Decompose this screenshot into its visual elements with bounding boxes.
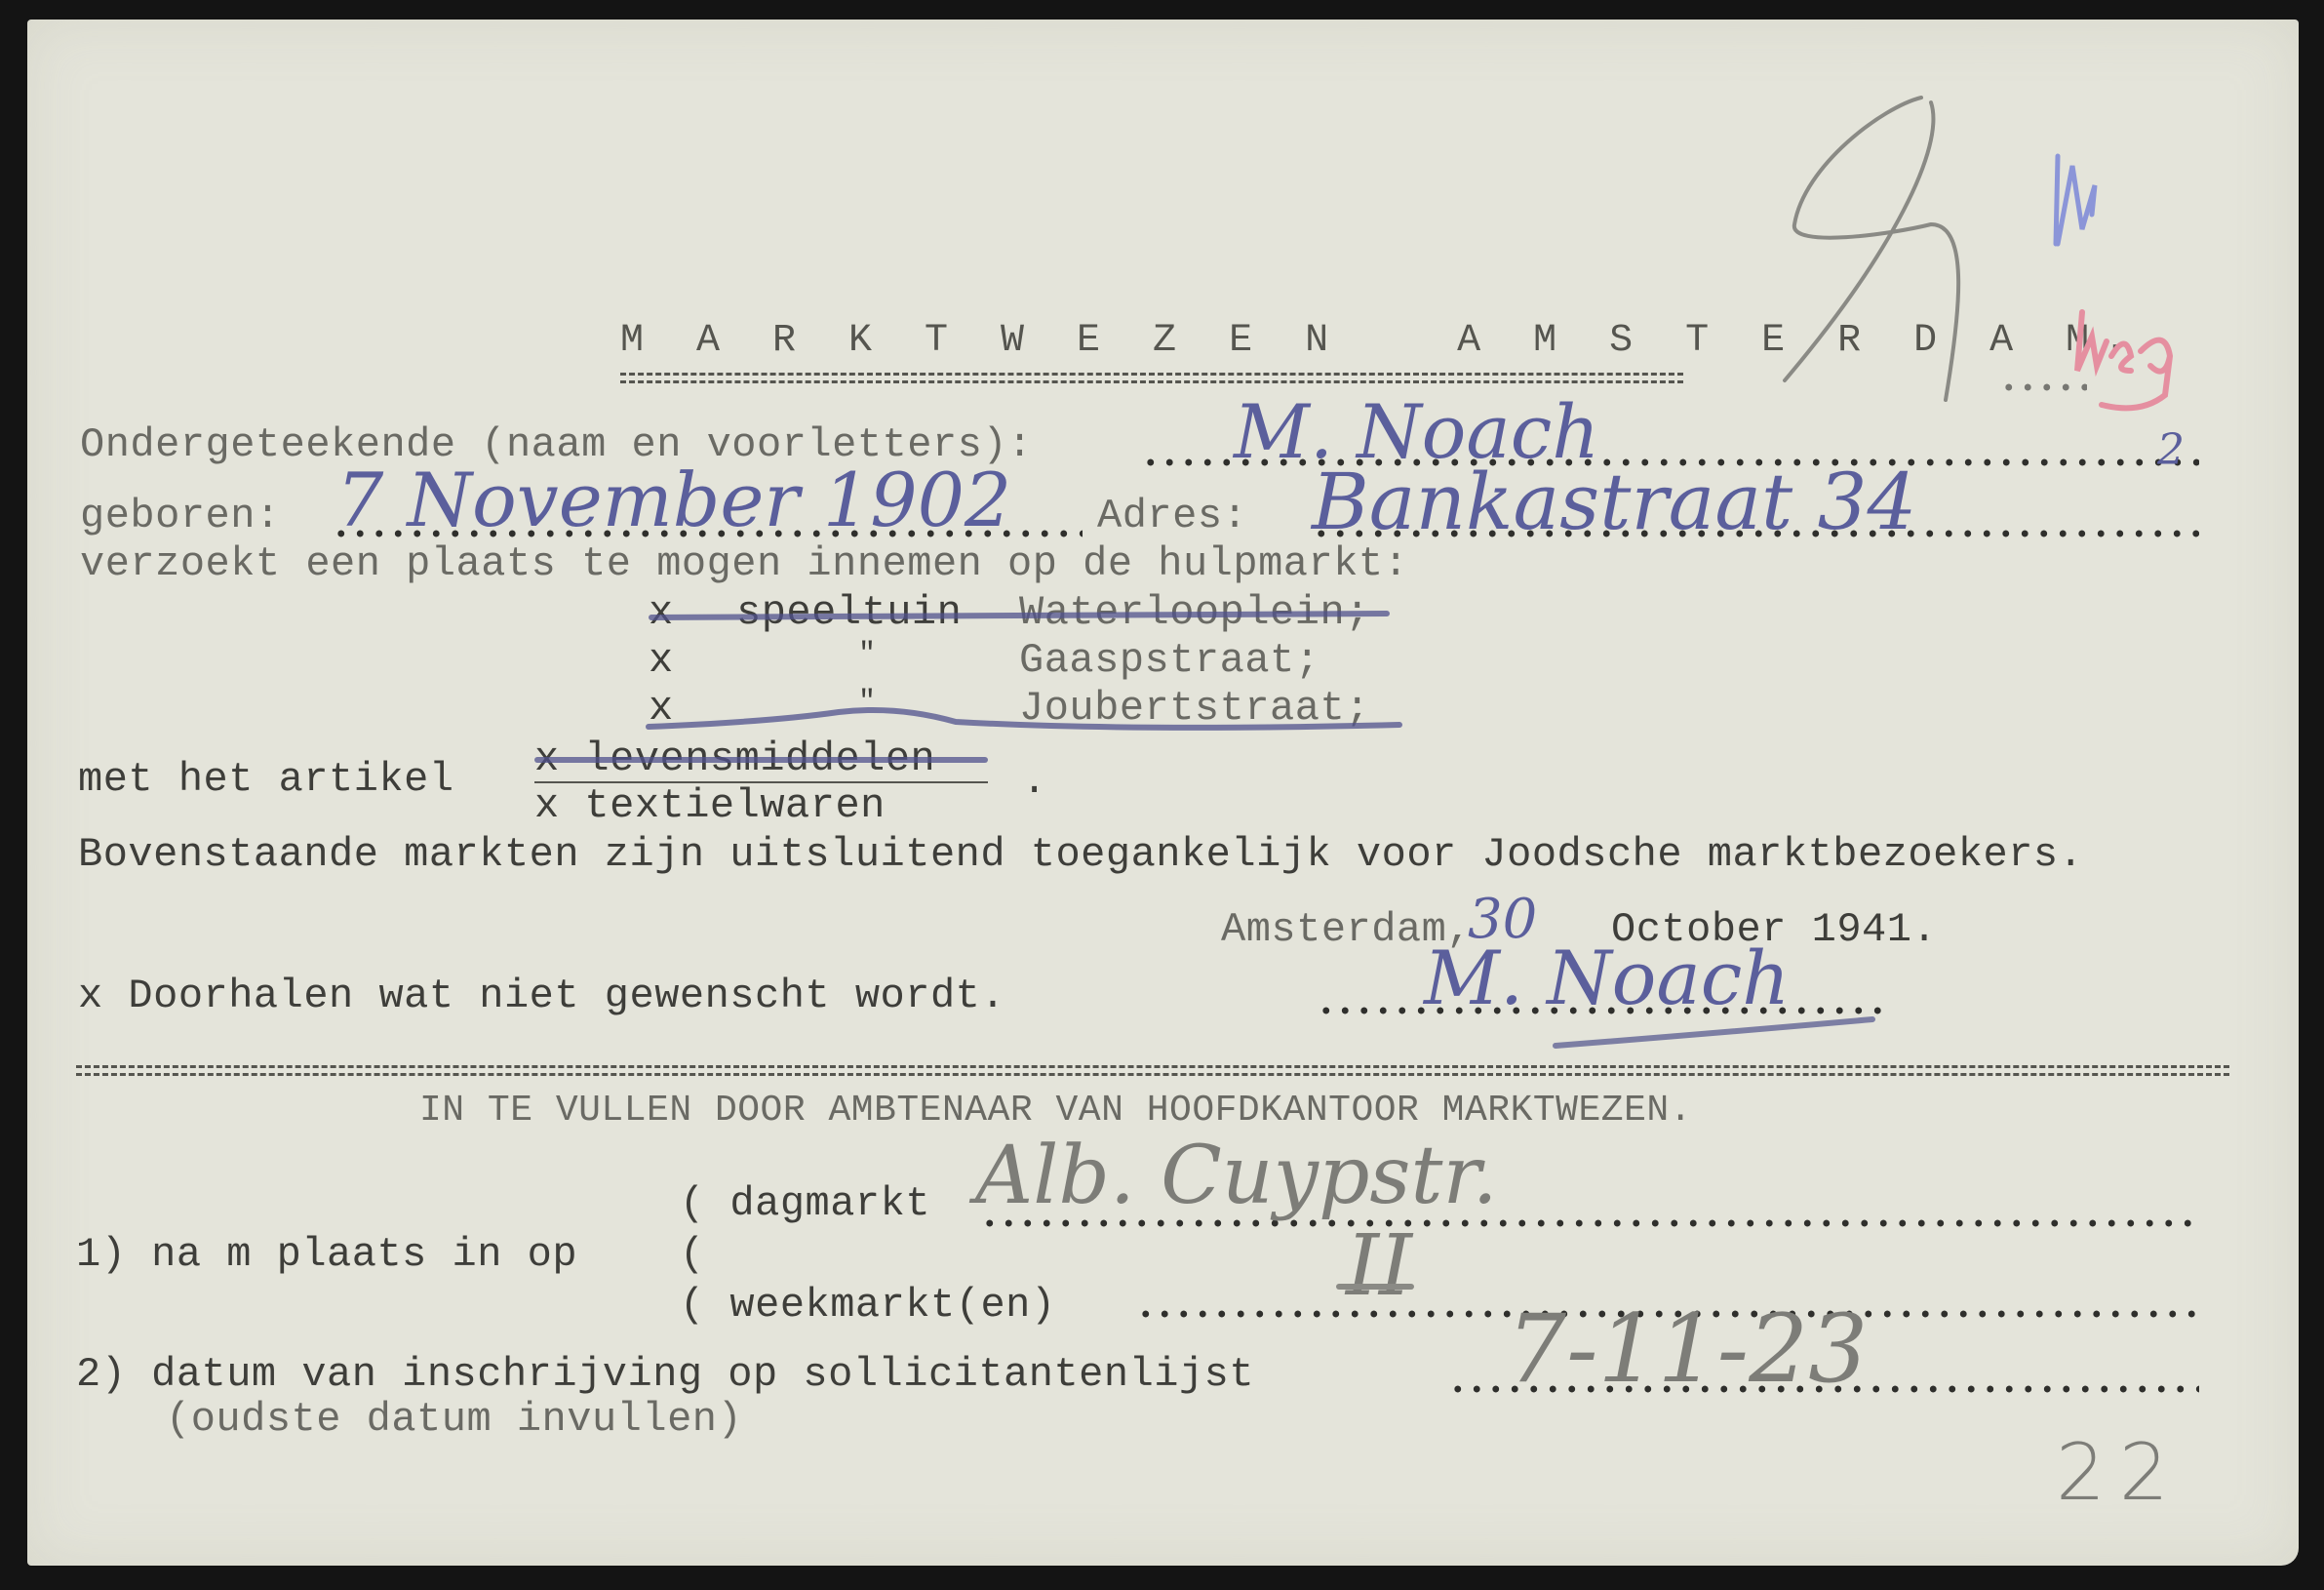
item2-handwritten-date[interactable]: 7-11-23	[1507, 1302, 1868, 1396]
title-double-underline	[620, 373, 1683, 376]
dagmarkt-label: ( dagmarkt	[680, 1183, 930, 1224]
address-handwritten[interactable]: Bankastraat 34	[1312, 463, 1916, 541]
item2-note: (oudste datum invullen)	[166, 1399, 742, 1440]
request-line: verzoekt een plaats te mogen innemen op …	[80, 543, 1408, 584]
weekmarkt-handwritten[interactable]: II	[1346, 1224, 1412, 1308]
red-annotation-icon	[2072, 312, 2189, 429]
market-option-gaaspstraat[interactable]: Gaaspstraat;	[1019, 640, 1320, 681]
office-section-heading: IN TE VULLEN DOOR AMBTENAAR VAN HOOFDKAN…	[419, 1093, 1692, 1130]
dagmarkt-handwritten[interactable]: Alb. Cuypstr.	[975, 1136, 1498, 1216]
weekmarkt-label: ( weekmarkt(en)	[680, 1285, 1056, 1326]
born-handwritten[interactable]: 7 November 1902	[336, 463, 1011, 537]
address-label: Adres:	[1097, 496, 1247, 537]
pencil-mark-icon	[1775, 88, 1999, 410]
item2-label: 2) datum van inschrijving op sollicitant…	[76, 1354, 1254, 1395]
footnote-text: x Doorhalen wat niet gewenscht wordt.	[78, 975, 1005, 1016]
market-option-marker: x	[649, 592, 674, 633]
article-period: .	[1022, 761, 1047, 802]
weekmarkt-underline	[1336, 1284, 1414, 1290]
article-label: met het artikel	[78, 759, 454, 800]
signature-underline-icon	[1551, 1014, 1882, 1053]
blue-initials-icon	[2048, 146, 2136, 254]
signature-handwritten[interactable]: M. Noach	[1424, 941, 1790, 1015]
born-label: geboren:	[80, 496, 281, 537]
title-dotted-fill	[1999, 383, 2087, 391]
name-suffix: 2	[2157, 429, 2185, 472]
brace-middle: (	[680, 1234, 705, 1275]
ditto-mark: "	[858, 640, 877, 669]
section-separator	[76, 1065, 2229, 1068]
strikethrough-joubertstraat	[644, 688, 1404, 736]
strikethrough-levensmiddelen	[534, 757, 988, 763]
article-option-textielwaren[interactable]: x textielwaren	[534, 785, 886, 826]
market-option-marker: x	[649, 640, 674, 681]
page-number: 22	[2056, 1434, 2183, 1512]
item1-label: 1) na m plaats in op	[76, 1234, 577, 1275]
notice-text: Bovenstaande markten zijn uitsluitend to…	[78, 834, 2083, 875]
